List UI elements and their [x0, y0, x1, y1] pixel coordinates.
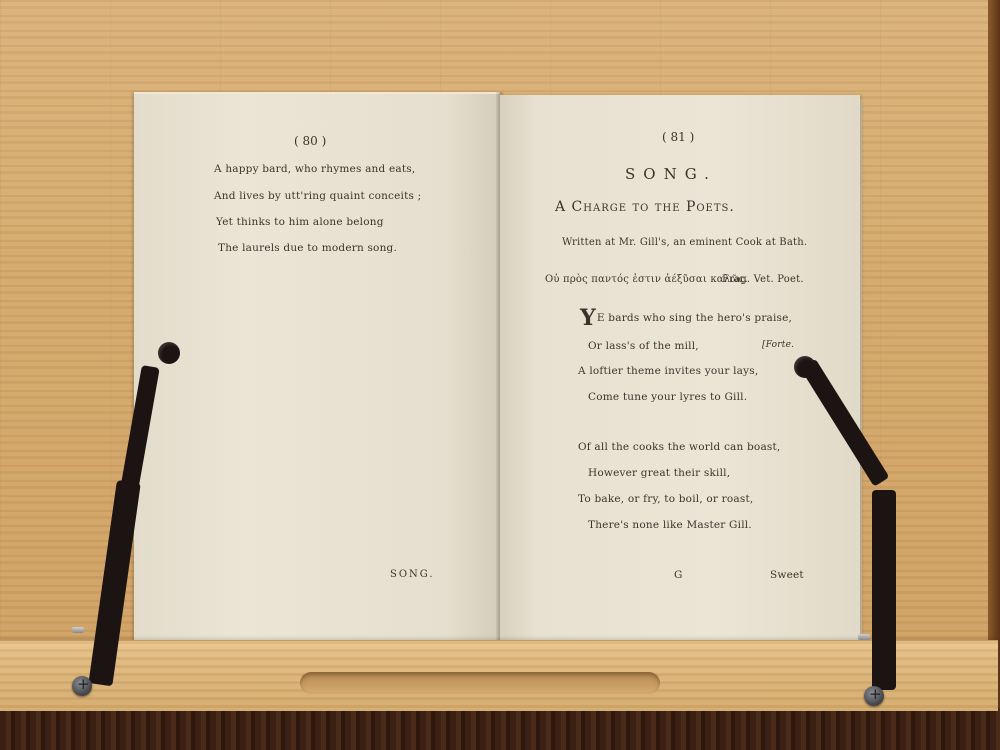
catchword: SONG. [390, 569, 435, 580]
page-number: ( 81 ) [662, 130, 694, 144]
verse-line: Yet thinks to him alone belong [216, 216, 384, 228]
verse-line: Or lass's of the mill, [588, 340, 699, 352]
page-number: ( 80 ) [294, 134, 326, 148]
marginal-note: [Forte. [762, 340, 794, 350]
verse-line: Come tune your lyres to Gill. [588, 391, 747, 403]
song-title: SONG. [625, 165, 717, 183]
left-page: ( 80 ) A happy bard, who rhymes and eats… [134, 92, 500, 650]
ledge-pin [72, 627, 84, 633]
greek-epigraph: Οὐ πρὸς παντός ἐστιν ἀέξῦσαι καλῶς. [545, 274, 748, 285]
ledge-slot [300, 672, 660, 694]
wooden-table-surface [0, 708, 1000, 750]
song-subtitle: A Charge to the Poets. [555, 199, 735, 215]
signature-mark: G [674, 569, 683, 581]
left-arm-tip[interactable] [158, 342, 180, 364]
verse-line: To bake, or fry, to boil, or roast, [578, 493, 753, 505]
verse-line: Of all the cooks the world can boast, [578, 441, 780, 453]
left-arm-screw-icon [72, 676, 92, 696]
catchword: Sweet [770, 569, 804, 581]
right-arm-screw-icon [864, 686, 884, 706]
verse-line: A happy bard, who rhymes and eats, [214, 163, 415, 175]
verse-line-first: YE bards who sing the hero's praise, [580, 307, 792, 329]
verse-line: There's none like Master Gill. [588, 519, 752, 531]
drop-cap: Y [580, 305, 596, 331]
verse-line: However great their skill, [588, 467, 730, 479]
verse-line: A loftier theme invites your lays, [578, 365, 758, 377]
right-arm-tip[interactable] [794, 356, 816, 378]
epigraph-source: Frag. Vet. Poet. [722, 274, 804, 285]
ledge-pin [858, 634, 870, 640]
stand-side-edge [988, 0, 1000, 712]
verse-line: The laurels due to modern song. [218, 242, 397, 254]
written-at-line: Written at Mr. Gill's, an eminent Cook a… [562, 237, 807, 248]
right-page-holder-arm-lower[interactable] [872, 490, 896, 690]
verse-line: And lives by utt'ring quaint conceits ; [214, 190, 421, 202]
